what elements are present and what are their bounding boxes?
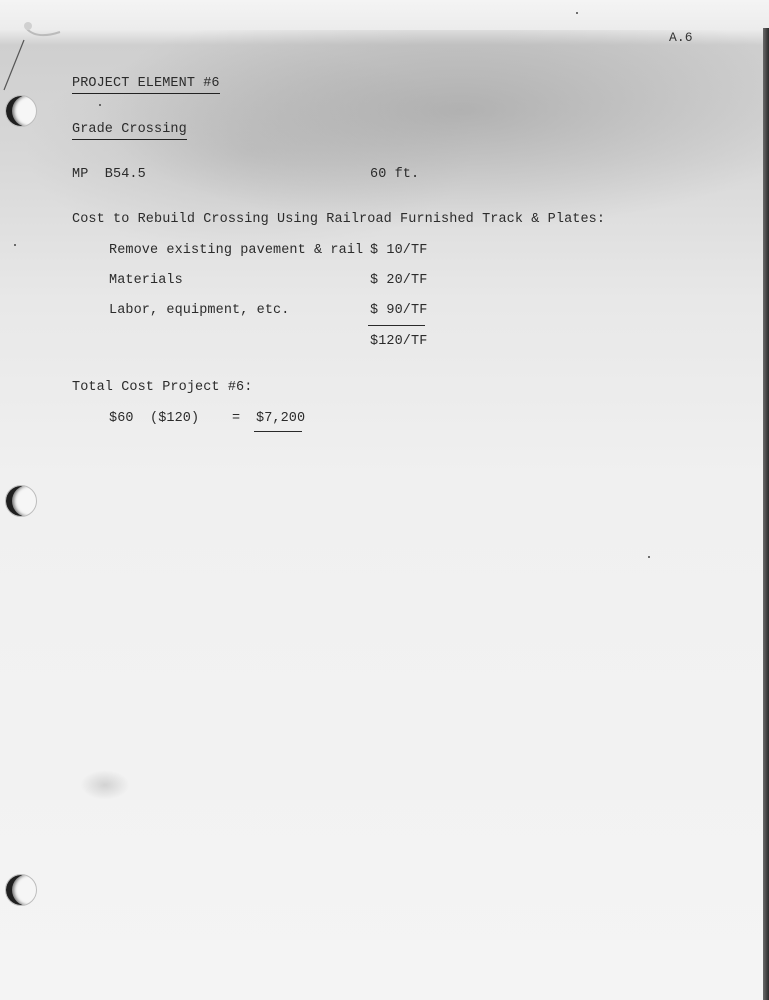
top-margin-strip bbox=[0, 0, 769, 30]
total-cost-expression: $60 ($120) bbox=[109, 411, 199, 427]
page-number: A.6 bbox=[669, 30, 693, 46]
page-edge-shadow bbox=[763, 28, 769, 1000]
cost-item-amount: $ 10/TF bbox=[370, 243, 427, 259]
equals-sign: = bbox=[232, 411, 240, 427]
punch-hole-icon bbox=[5, 874, 37, 906]
crossing-length: 60 ft. bbox=[370, 167, 419, 183]
smudge-mark bbox=[80, 770, 130, 800]
total-cost-title: Total Cost Project #6: bbox=[72, 380, 252, 396]
cost-item-amount: $ 90/TF bbox=[370, 303, 427, 319]
section-subtitle: Grade Crossing bbox=[72, 122, 187, 140]
total-cost-result: $7,200 bbox=[256, 411, 305, 427]
punch-hole-icon bbox=[5, 485, 37, 517]
cost-item-label: Labor, equipment, etc. bbox=[109, 303, 289, 319]
staple-mark-icon bbox=[2, 10, 62, 100]
punch-hole-icon bbox=[5, 95, 37, 127]
cost-item-label: Remove existing pavement & rail bbox=[109, 243, 363, 259]
milepost-label: MP B54.5 bbox=[72, 167, 146, 183]
page-title: PROJECT ELEMENT #6 bbox=[72, 76, 220, 94]
sum-divider bbox=[368, 325, 425, 326]
speck-mark bbox=[576, 12, 578, 14]
cost-item-amount: $ 20/TF bbox=[370, 273, 427, 289]
speck-mark bbox=[648, 556, 650, 558]
cost-section-title: Cost to Rebuild Crossing Using Railroad … bbox=[72, 212, 605, 228]
scanned-page: A.6 PROJECT ELEMENT #6 Grade Crossing MP… bbox=[0, 0, 769, 1000]
result-underline bbox=[254, 431, 302, 432]
cost-item-label: Materials bbox=[109, 273, 183, 289]
speck-mark bbox=[14, 244, 16, 246]
cost-total-per-foot: $120/TF bbox=[370, 334, 427, 350]
speck-mark bbox=[99, 104, 101, 106]
